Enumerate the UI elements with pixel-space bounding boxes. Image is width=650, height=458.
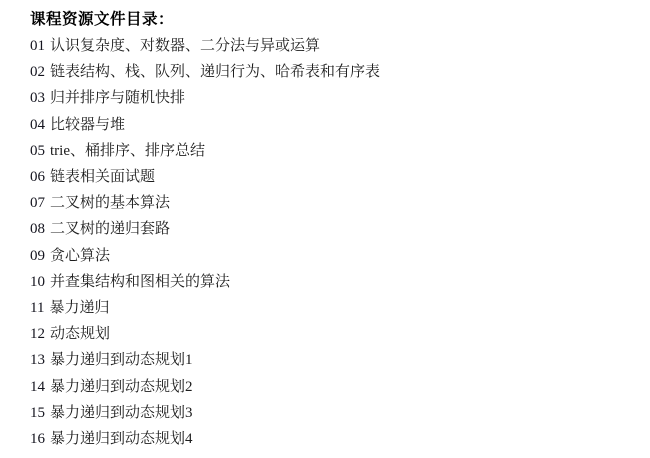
- item-label: 暴力递归到动态规划3: [50, 405, 193, 421]
- document-page: 课程资源文件目录： 01认识复杂度、对数器、二分法与异或运算 02链表结构、栈、…: [0, 0, 650, 458]
- item-label: 归并排序与随机快排: [50, 90, 185, 106]
- list-item: 01认识复杂度、对数器、二分法与异或运算: [30, 33, 640, 59]
- item-label: 贪心算法: [50, 248, 110, 264]
- item-number: 07: [30, 195, 45, 211]
- item-label: 暴力递归: [49, 300, 109, 316]
- item-number: 06: [30, 169, 45, 185]
- list-item: 13暴力递归到动态规划1: [30, 347, 640, 373]
- item-label: 二叉树的递归套路: [50, 221, 170, 237]
- list-item: 05trie、桶排序、排序总结: [30, 138, 640, 164]
- item-label: 比较器与堆: [50, 117, 125, 133]
- item-number: 02: [30, 64, 45, 80]
- item-label: 链表结构、栈、队列、递归行为、哈希表和有序表: [50, 64, 380, 80]
- list-item: 03归并排序与随机快排: [30, 85, 640, 111]
- list-item: 09贪心算法: [30, 243, 640, 269]
- list-item: 11暴力递归: [30, 295, 640, 321]
- item-number: 11: [30, 300, 44, 316]
- item-label: 暴力递归到动态规划4: [50, 431, 193, 447]
- item-number: 05: [30, 143, 45, 159]
- item-number: 08: [30, 221, 45, 237]
- item-number: 16: [30, 431, 45, 447]
- item-label: 并查集结构和图相关的算法: [50, 274, 230, 290]
- item-label: 动态规划: [50, 326, 110, 342]
- list-item: 02链表结构、栈、队列、递归行为、哈希表和有序表: [30, 59, 640, 85]
- list-item: 04比较器与堆: [30, 112, 640, 138]
- item-label: 二叉树的基本算法: [50, 195, 170, 211]
- list-item: 07二叉树的基本算法: [30, 190, 640, 216]
- item-number: 10: [30, 274, 45, 290]
- file-list: 01认识复杂度、对数器、二分法与异或运算 02链表结构、栈、队列、递归行为、哈希…: [30, 33, 640, 452]
- item-number: 04: [30, 117, 45, 133]
- list-item: 10并查集结构和图相关的算法: [30, 269, 640, 295]
- item-number: 12: [30, 326, 45, 342]
- list-item: 16暴力递归到动态规划4: [30, 426, 640, 452]
- list-item: 12动态规划: [30, 321, 640, 347]
- item-label: trie、桶排序、排序总结: [50, 143, 205, 159]
- item-label: 认识复杂度、对数器、二分法与异或运算: [50, 38, 320, 54]
- item-number: 01: [30, 38, 45, 54]
- item-number: 09: [30, 248, 45, 264]
- item-label: 链表相关面试题: [50, 169, 155, 185]
- item-number: 13: [30, 352, 45, 368]
- item-number: 15: [30, 405, 45, 421]
- item-label: 暴力递归到动态规划1: [50, 352, 193, 368]
- item-label: 暴力递归到动态规划2: [50, 379, 193, 395]
- list-item: 14暴力递归到动态规划2: [30, 374, 640, 400]
- item-number: 03: [30, 90, 45, 106]
- list-item: 08二叉树的递归套路: [30, 216, 640, 242]
- list-item: 15暴力递归到动态规划3: [30, 400, 640, 426]
- list-item: 06链表相关面试题: [30, 164, 640, 190]
- item-number: 14: [30, 379, 45, 395]
- page-title: 课程资源文件目录：: [30, 7, 640, 33]
